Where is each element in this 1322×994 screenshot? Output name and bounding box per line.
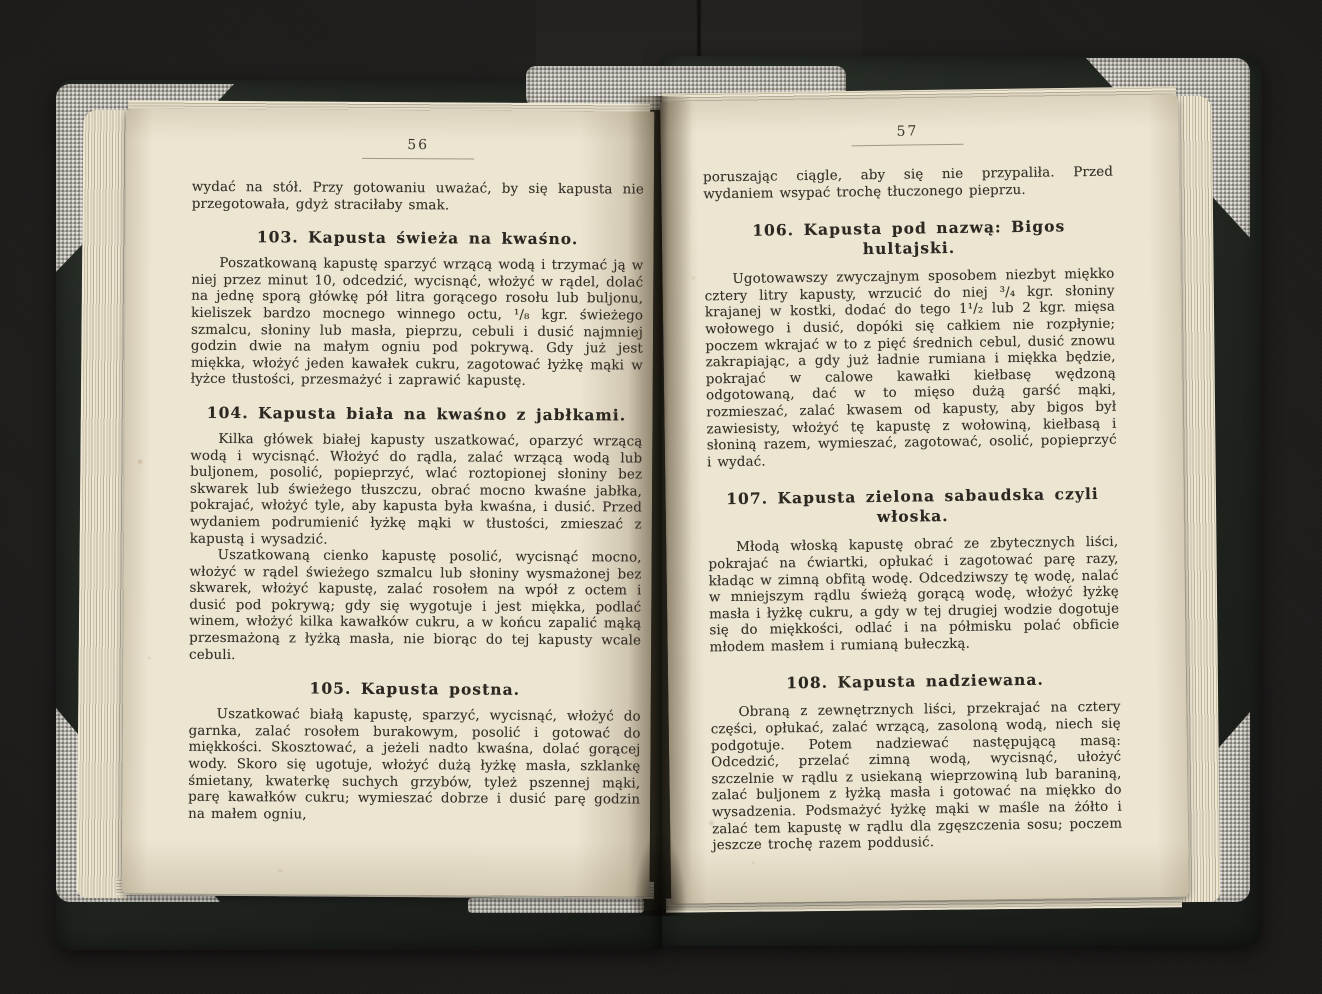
recipe-105-body: Uszatkować białą kapustę, sparzyć, wycis… xyxy=(188,707,641,826)
left-page: 56 wydać na stół. Przy gotowaniu uważać,… xyxy=(122,108,655,896)
scanned-cookbook-spread: 56 wydać na stół. Przy gotowaniu uważać,… xyxy=(0,0,1322,994)
left-page-content: 56 wydać na stół. Przy gotowaniu uważać,… xyxy=(122,108,655,896)
page-number-57: 57 xyxy=(851,123,963,147)
recipe-105-heading: 105. Kapusta postna. xyxy=(189,678,641,701)
recipe-108-heading: 108. Kapusta nadziewana. xyxy=(710,669,1120,695)
right-page-content: 57 poruszając ciągle, aby się nie przypa… xyxy=(660,95,1189,904)
recipe-103-heading: 103. Kapusta świeża na kwaśno. xyxy=(192,227,644,250)
page-57-continuation-paragraph: poruszając ciągle, aby się nie przypalił… xyxy=(703,165,1113,204)
page-number-56: 56 xyxy=(362,137,474,160)
recipe-104-body-1: Kilka główek białej kapusty uszatkować, … xyxy=(190,432,643,551)
page-56-continuation-paragraph: wydać na stół. Przy gotowaniu uważać, by… xyxy=(192,180,644,216)
recipe-104-body-2: Uszatkowaną cienko kapustę posolić, wyci… xyxy=(189,548,642,667)
recipe-103-body: Poszatkowaną kapustę sparzyć wrzącą wodą… xyxy=(191,256,644,392)
right-page: 57 poruszając ciągle, aby się nie przypa… xyxy=(660,95,1189,904)
recipe-107-body: Młodą włoską kapustę obrać ze zbytecznyc… xyxy=(708,535,1120,657)
recipe-106-body: Ugotowawszy zwyczajnym sposobem niezbyt … xyxy=(704,267,1117,472)
recipe-104-heading: 104. Kapusta biała na kwaśno z jabłkami. xyxy=(190,403,642,426)
recipe-106-heading: 106. Kapusta pod nazwą: Bigos hultajski. xyxy=(704,216,1115,262)
right-page-header: 57 xyxy=(702,118,1112,149)
recipe-108-body: Obraną z zewnętrznych liści, przekrajać … xyxy=(710,700,1122,855)
fabric-bottom-strip xyxy=(468,898,644,913)
left-page-header: 56 xyxy=(192,133,644,161)
recipe-107-heading: 107. Kapusta zielona sabaudska czyli wło… xyxy=(707,484,1118,530)
